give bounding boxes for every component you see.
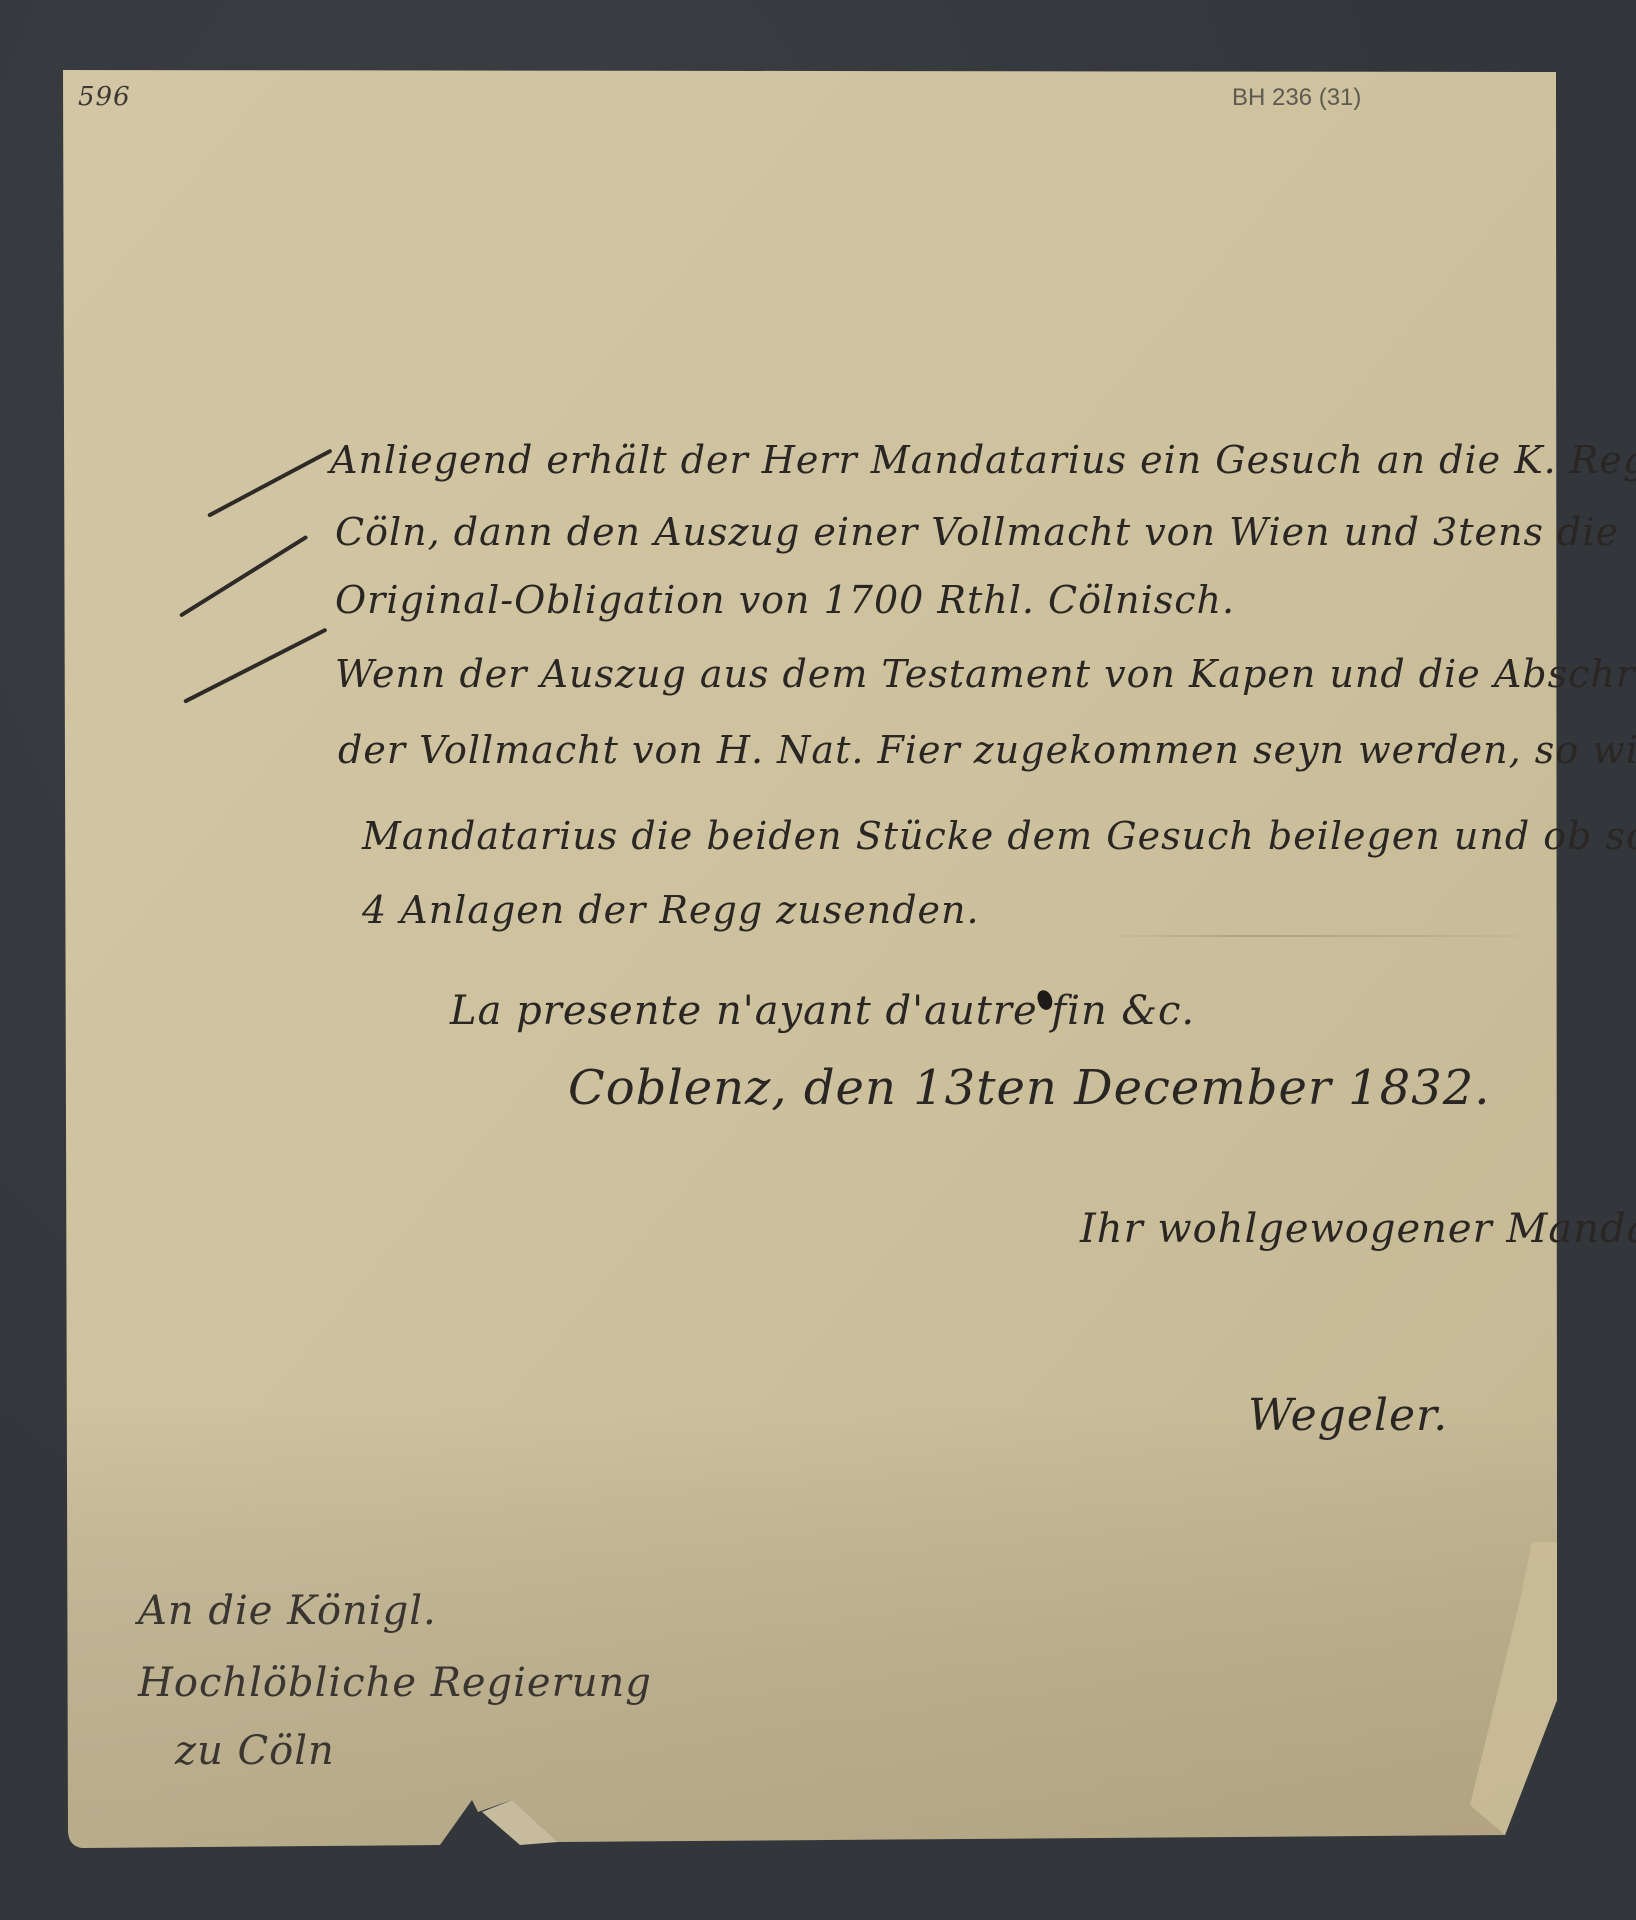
paper-fold-line xyxy=(1100,935,1556,937)
shelfmark: BH 236 (31) xyxy=(1232,84,1361,112)
closing-formula: La presente n'ayant d'autre fin &c. xyxy=(450,988,1195,1034)
address-line: zu Cöln xyxy=(175,1728,335,1774)
address-line: Hochlöbliche Regierung xyxy=(138,1660,652,1706)
complimentary-close: Ihr wohlgewogener Mandant. xyxy=(1080,1206,1636,1252)
address-line: An die Königl. xyxy=(138,1588,437,1634)
body-line: Mandatarius die beiden Stücke dem Gesuch… xyxy=(362,814,1636,858)
body-line: Anliegend erhält der Herr Mandatarius ei… xyxy=(330,438,1636,482)
body-line: 4 Anlagen der Regg zusenden. xyxy=(362,888,980,932)
body-line: Cöln, dann den Auszug einer Vollmacht vo… xyxy=(335,510,1619,554)
folio-number: 596 xyxy=(78,82,131,112)
body-line: Wenn der Auszug aus dem Testament von Ka… xyxy=(335,652,1636,696)
place-date-line: Coblenz, den 13ten December 1832. xyxy=(568,1060,1491,1116)
body-line: der Vollmacht von H. Nat. Fier zugekomme… xyxy=(338,728,1636,772)
signature: Wegeler. xyxy=(1248,1390,1448,1441)
body-line: Original-Obligation von 1700 Rthl. Cölni… xyxy=(335,578,1235,622)
